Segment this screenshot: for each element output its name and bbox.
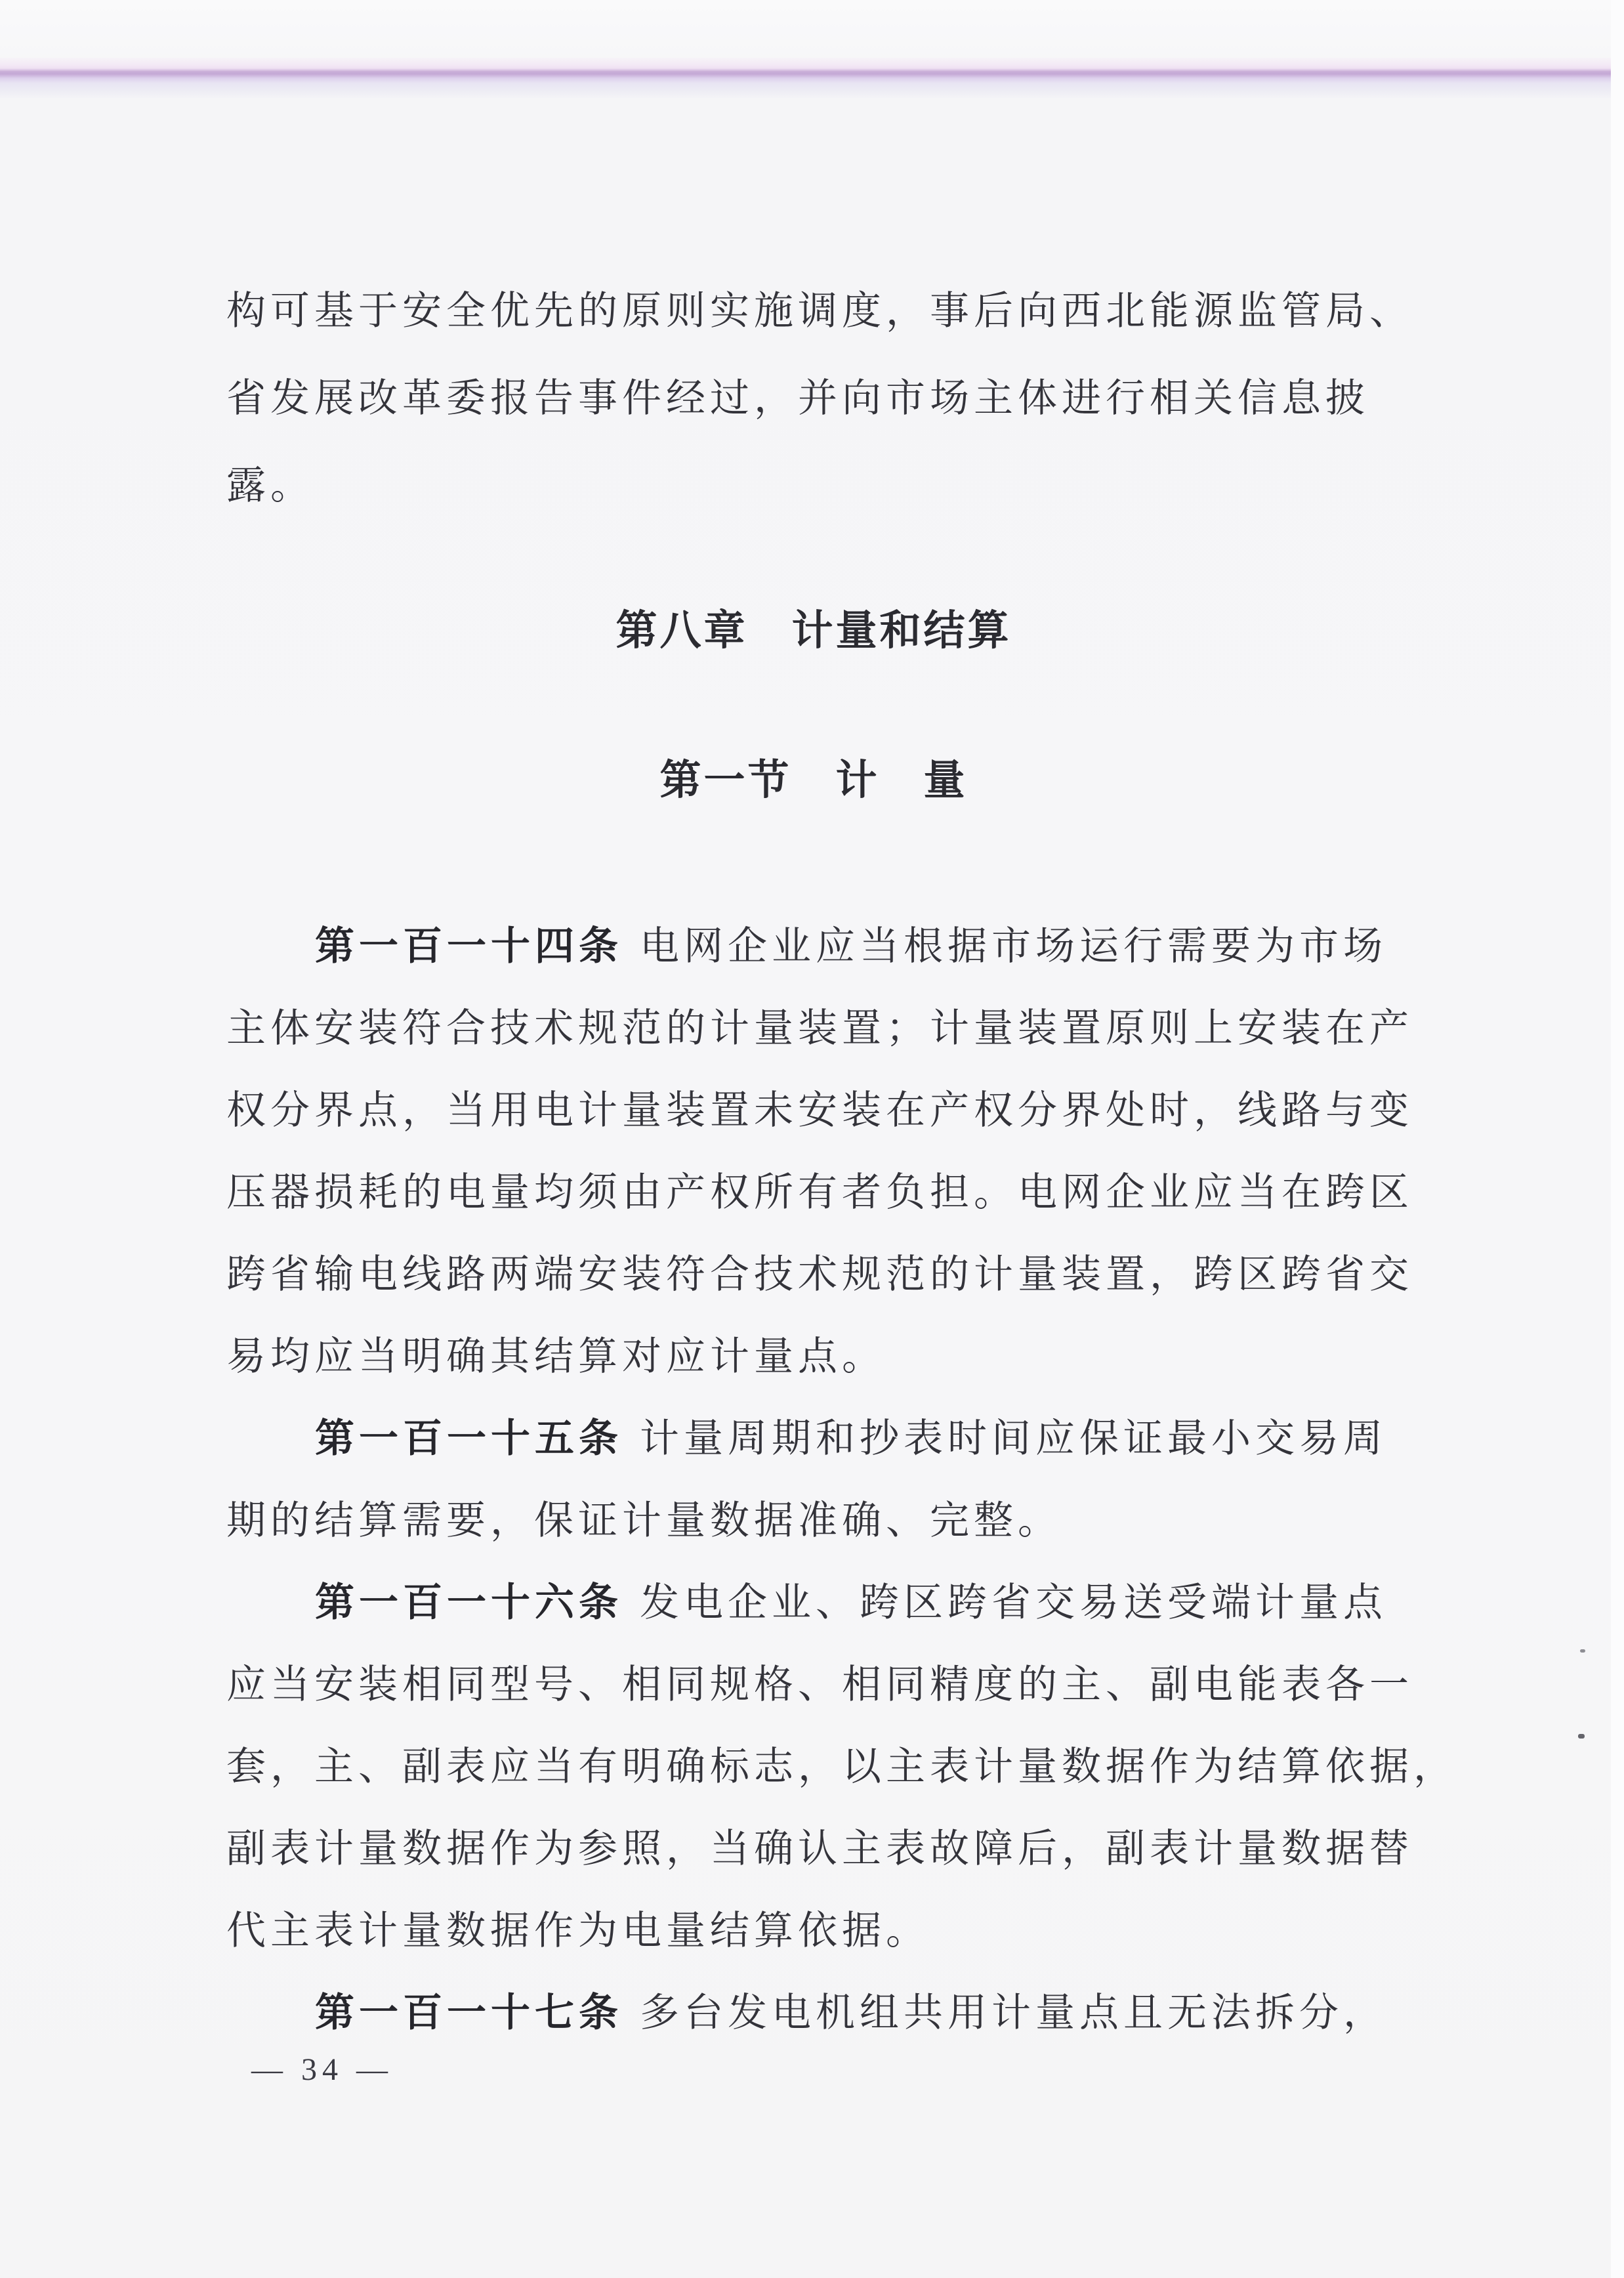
text-line: 构可基于安全优先的原则实施调度，事后向西北能源监管局、 <box>226 268 1401 355</box>
article-117: 第一百一十七条多台发电机组共用计量点且无法拆分， <box>226 1972 1401 2054</box>
text-line: 期的结算需要，保证计量数据准确、完整。 <box>226 1480 1401 1562</box>
article-number: 第一百一十七条 <box>315 1991 623 2035</box>
article-114: 第一百一十四条电网企业应当根据市场运行需要为市场 主体安装符合技术规范的计量装置… <box>226 906 1401 1398</box>
article-text: 计量周期和抄表时间应保证最小交易周 <box>640 1417 1387 1460</box>
text-line: 省发展改革委报告事件经过，并向市场主体进行相关信息披 <box>226 355 1401 442</box>
text-line: 第一百一十七条多台发电机组共用计量点且无法拆分， <box>226 1972 1401 2054</box>
text-line: 跨省输电线路两端安装符合技术规范的计量装置，跨区跨省交 <box>226 1234 1401 1316</box>
article-number: 第一百一十四条 <box>315 925 623 968</box>
text-line: 第一百一十五条计量周期和抄表时间应保证最小交易周 <box>226 1398 1401 1480</box>
article-116: 第一百一十六条发电企业、跨区跨省交易送受端计量点 应当安装相同型号、相同规格、相… <box>226 1562 1401 1972</box>
text-line: 代主表计量数据作为电量结算依据。 <box>226 1890 1401 1972</box>
text-line: 主体安装符合技术规范的计量装置；计量装置原则上安装在产 <box>226 988 1401 1070</box>
article-text: 发电企业、跨区跨省交易送受端计量点 <box>640 1581 1387 1624</box>
scan-speck <box>1580 1649 1585 1653</box>
text-line: 权分界点，当用电计量装置未安装在产权分界处时，线路与变 <box>226 1070 1401 1152</box>
page-number: — 34 — <box>251 2052 393 2088</box>
text-line: 副表计量数据作为参照，当确认主表故障后，副表计量数据替 <box>226 1808 1401 1890</box>
article-text: 电网企业应当根据市场运行需要为市场 <box>640 925 1387 968</box>
text-line: 压器损耗的电量均须由产权所有者负担。电网企业应当在跨区 <box>226 1152 1401 1234</box>
chapter-heading: 第八章 计量和结算 <box>226 599 1401 662</box>
text-line: 易均应当明确其结算对应计量点。 <box>226 1316 1401 1398</box>
page-content: 构可基于安全优先的原则实施调度，事后向西北能源监管局、 省发展改革委报告事件经过… <box>226 0 1401 2054</box>
scanned-document-page: 构可基于安全优先的原则实施调度，事后向西北能源监管局、 省发展改革委报告事件经过… <box>0 0 1624 2278</box>
article-number: 第一百一十五条 <box>315 1417 623 1460</box>
articles-block: 第一百一十四条电网企业应当根据市场运行需要为市场 主体安装符合技术规范的计量装置… <box>226 906 1401 2054</box>
text-line: 露。 <box>226 442 1401 530</box>
article-115: 第一百一十五条计量周期和抄表时间应保证最小交易周 期的结算需要，保证计量数据准确… <box>226 1398 1401 1562</box>
scan-edge-strip <box>1611 0 1624 2278</box>
scan-speck <box>1578 1734 1585 1739</box>
text-line: 应当安装相同型号、相同规格、相同精度的主、副电能表各一 <box>226 1644 1401 1726</box>
text-line: 第一百一十六条发电企业、跨区跨省交易送受端计量点 <box>226 1562 1401 1644</box>
text-line: 第一百一十四条电网企业应当根据市场运行需要为市场 <box>226 906 1401 988</box>
section-heading: 第一节 计 量 <box>226 749 1401 812</box>
text-line: 套，主、副表应当有明确标志，以主表计量数据作为结算依据， <box>226 1726 1401 1808</box>
article-text: 多台发电机组共用计量点且无法拆分， <box>640 1991 1387 2035</box>
article-number: 第一百一十六条 <box>315 1581 623 1624</box>
intro-paragraph: 构可基于安全优先的原则实施调度，事后向西北能源监管局、 省发展改革委报告事件经过… <box>226 268 1401 530</box>
